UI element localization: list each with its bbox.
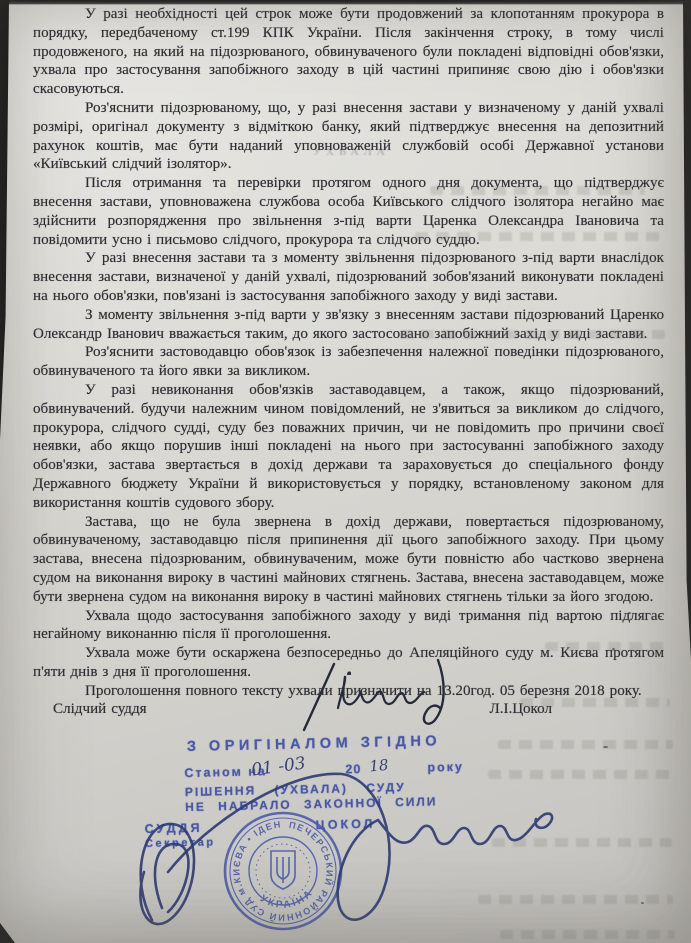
paragraph: У разі невиконання обов'язків заставодав… xyxy=(33,381,664,513)
dust-speck xyxy=(628,612,631,614)
paragraph: Роз'яснити застоводавцю обов'язок із заб… xyxy=(33,343,664,381)
bleed-line xyxy=(545,642,665,651)
document-photo: УХВАЛА У разі необхідності цей строк мож… xyxy=(0,0,691,943)
photo-corner-shadow xyxy=(0,923,15,943)
bleed-line xyxy=(520,698,670,707)
bleed-line xyxy=(400,330,665,339)
ruling-text-block: У разі необхідності цей строк може бути … xyxy=(33,5,664,719)
paragraph: У разі необхідності цей строк може бути … xyxy=(33,5,664,99)
clerk-signature xyxy=(118,752,588,943)
paragraph: Роз'яснити підозрюваному, що, у разі вне… xyxy=(33,99,664,174)
dust-speck xyxy=(612,648,615,650)
judge-title: Слідчий суддя xyxy=(33,700,147,719)
bleed-line xyxy=(430,186,645,195)
dust-speck xyxy=(603,746,608,748)
paragraph: Застава, що не була звернена в дохід дер… xyxy=(33,513,664,607)
bleed-line xyxy=(415,232,660,241)
dust-speck xyxy=(641,902,644,904)
photo-edge-left xyxy=(0,0,9,440)
photo-edge-right xyxy=(683,0,691,660)
paragraph: У разі внесення застави та з моменту зві… xyxy=(33,249,664,305)
bleed-line xyxy=(498,740,673,749)
paragraph: Ухвала щодо застосування запобіжного зах… xyxy=(33,607,664,645)
